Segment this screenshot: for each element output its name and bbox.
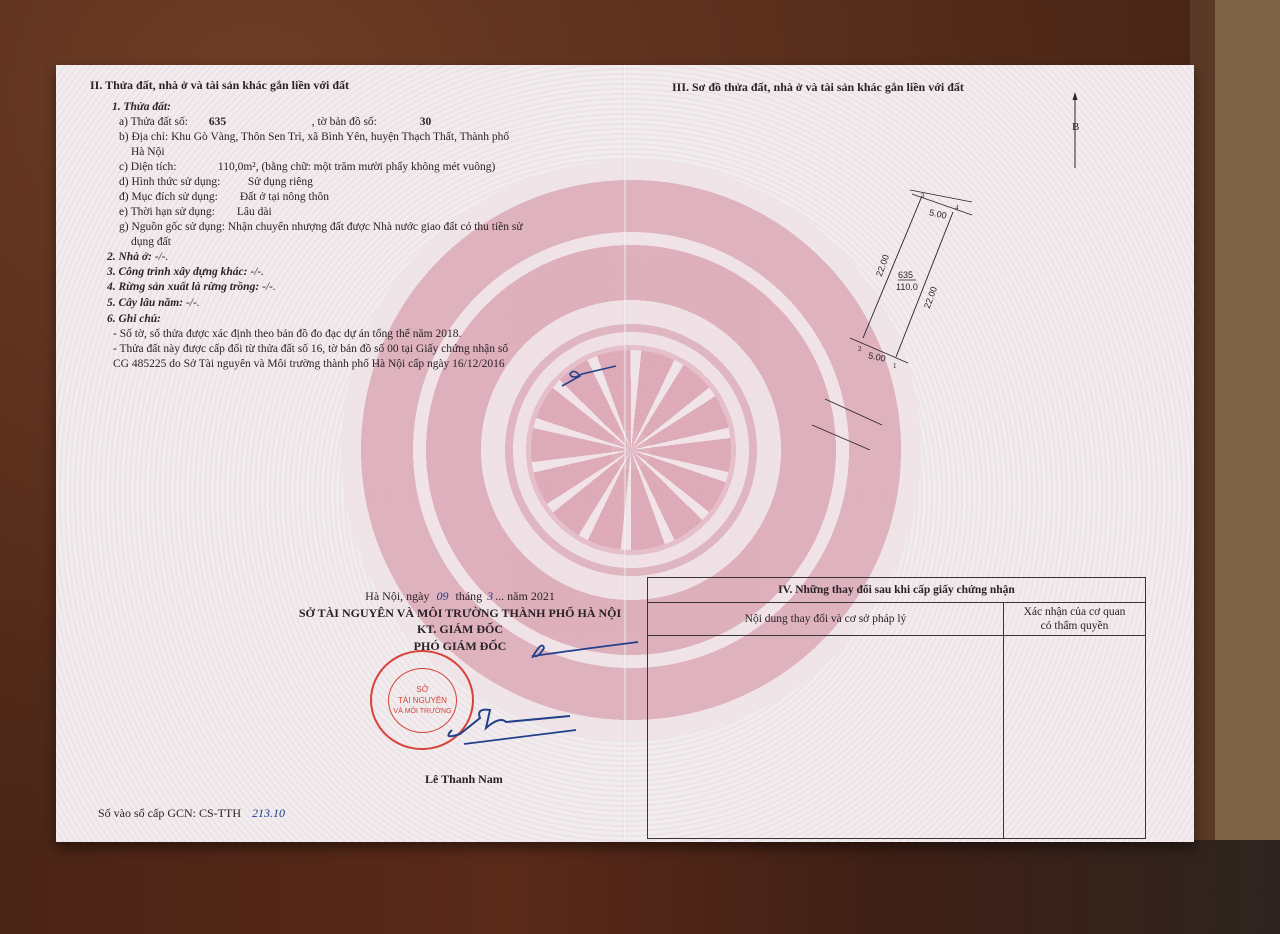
parcel-number-value: 635 <box>191 115 309 131</box>
map-sheet-label: , tờ bản đồ số: <box>312 116 377 128</box>
note-line-1: - Số tờ, số thửa được xác định theo bản … <box>113 327 461 343</box>
date-day: 09 <box>432 589 452 603</box>
changes-confirmation-cell <box>1004 636 1146 839</box>
usage-form-value: Sử dụng riêng <box>248 176 313 188</box>
usage-term-label: e) Thời hạn sử dụng: <box>119 205 234 221</box>
vertex-2-label: 2 <box>858 345 862 353</box>
changes-col-confirmation-line2: có thẩm quyền <box>1004 619 1145 633</box>
notes-heading: 6. Ghi chú: <box>107 312 161 328</box>
vertex-3-label: 3 <box>921 192 925 200</box>
parcel-heading: 1. Thửa đất: <box>90 100 171 116</box>
wooden-table-surface <box>0 840 1280 934</box>
registry-number-row: Số vào sổ cấp GCN: CS-TTH 213.10 <box>98 806 285 822</box>
usage-origin-label: g) Nguồn gốc sử dụng: <box>119 221 225 233</box>
changes-content-cell <box>648 636 1004 839</box>
usage-term-row: e) Thời hạn sử dụng: Lâu dài <box>119 205 272 221</box>
stamp-line-1: SỞ <box>416 684 428 695</box>
issue-date: Hà Nội, ngày 09 tháng 3... năm 2021 <box>270 588 650 605</box>
changes-col-confirmation-line1: Xác nhận của cơ quan <box>1004 605 1145 619</box>
plot-parcel-number: 635 <box>898 270 913 281</box>
item-perennial-trees: 5. Cây lâu năm: -/-. <box>107 296 200 312</box>
changes-table: IV. Những thay đổi sau khi cấp giấy chứn… <box>647 577 1146 839</box>
usage-purpose-label: đ) Mục đích sử dụng: <box>119 190 237 206</box>
vertex-4-label: 4 <box>955 204 959 212</box>
item-other-construction-label: 3. Công trình xây dựng khác: <box>107 266 247 278</box>
usage-form-label: d) Hình thức sử dụng: <box>119 175 245 191</box>
changes-col-confirmation: Xác nhận của cơ quan có thẩm quyền <box>1004 603 1146 636</box>
initial-signature <box>560 360 620 390</box>
date-month-label: tháng <box>455 589 482 603</box>
address-value-line1: Khu Gò Vàng, Thôn Sen Trì, xã Bình Yên, … <box>171 131 509 143</box>
north-label: B <box>1072 120 1079 136</box>
issuing-agency: SỞ TÀI NGUYÊN VÀ MÔI TRƯỜNG THÀNH PHỐ HÀ… <box>270 605 650 622</box>
item-planted-forest-label: 4. Rừng sản xuất là rừng trồng: <box>107 281 259 293</box>
map-sheet-value: 30 <box>380 116 432 128</box>
item-house: 2. Nhà ở: -/-. <box>107 250 168 266</box>
item-planted-forest: 4. Rừng sản xuất là rừng trồng: -/-. <box>107 280 276 296</box>
address-label: b) Địa chỉ: <box>119 131 168 143</box>
note-line-3: CG 485225 do Sở Tài nguyên và Môi trường… <box>113 357 505 373</box>
changes-col-content: Nội dung thay đổi và cơ sở pháp lý <box>648 603 1004 636</box>
top-edge-length: 5.00 <box>928 205 948 224</box>
usage-purpose-row: đ) Mục đích sử dụng: Đất ở tại nông thôn <box>119 190 329 206</box>
item-house-value: -/-. <box>155 251 169 263</box>
area-value: 110,0m², (bằng chữ: một trăm mười phẩy k… <box>218 161 495 173</box>
registry-label: Số vào sổ cấp GCN: CS-TTH <box>98 806 241 820</box>
plot-area: 110.0 <box>896 282 918 293</box>
usage-origin-row: g) Nguồn gốc sử dụng: Nhận chuyển nhượng… <box>119 220 523 236</box>
usage-form-row: d) Hình thức sử dụng: Sử dụng riêng <box>119 175 313 191</box>
vertex-1-label: 1 <box>893 362 897 370</box>
usage-purpose-value: Đất ở tại nông thôn <box>240 191 329 203</box>
item-perennial-trees-value: -/-. <box>186 297 200 309</box>
address-row: b) Địa chỉ: Khu Gò Vàng, Thôn Sen Trì, x… <box>119 130 509 146</box>
bottom-edge-length: 5.00 <box>867 348 887 367</box>
item-other-construction: 3. Công trình xây dựng khác: -/-. <box>107 265 264 281</box>
item-other-construction-value: -/-. <box>250 266 264 278</box>
parcel-number-row: a) Thửa đất số: 635 , tờ bản đồ số: 30 <box>119 115 431 131</box>
area-row: c) Diện tích: 110,0m², (bằng chữ: một tr… <box>119 160 495 176</box>
area-label: c) Diện tích: <box>119 160 215 176</box>
section-iii-title: III. Sơ đồ thửa đất, nhà ở và tài sản kh… <box>672 80 964 96</box>
date-prefix: Hà Nội, ngày <box>365 589 429 603</box>
section-ii-title: II. Thửa đất, nhà ở và tài sản khác gắn … <box>90 78 349 94</box>
note-line-2: - Thửa đất này được cấp đổi từ thửa đất … <box>113 342 508 358</box>
registry-handwritten-number: 213.10 <box>244 806 285 820</box>
usage-origin-value-line1: Nhận chuyển nhượng đất được Nhà nước gia… <box>228 221 523 233</box>
center-fold <box>623 65 627 842</box>
usage-origin-value-line2: dụng đất <box>131 235 171 251</box>
item-perennial-trees-label: 5. Cây lâu năm: <box>107 297 183 309</box>
parcel-number-label: a) Thửa đất số: <box>119 116 188 128</box>
item-house-label: 2. Nhà ở: <box>107 251 152 263</box>
date-year: năm 2021 <box>507 589 555 603</box>
date-month: 3 <box>485 589 495 603</box>
signer-name: Lê Thanh Nam <box>425 772 503 788</box>
director-signature <box>440 700 580 750</box>
address-value-line2: Hà Nội <box>131 145 165 161</box>
usage-term-value: Lâu dài <box>237 206 272 218</box>
changes-table-title: IV. Những thay đổi sau khi cấp giấy chứn… <box>648 578 1146 603</box>
parcel-plot-diagram <box>800 180 1000 450</box>
director-initial-signature <box>530 636 640 666</box>
item-planted-forest-value: -/-. <box>262 281 276 293</box>
